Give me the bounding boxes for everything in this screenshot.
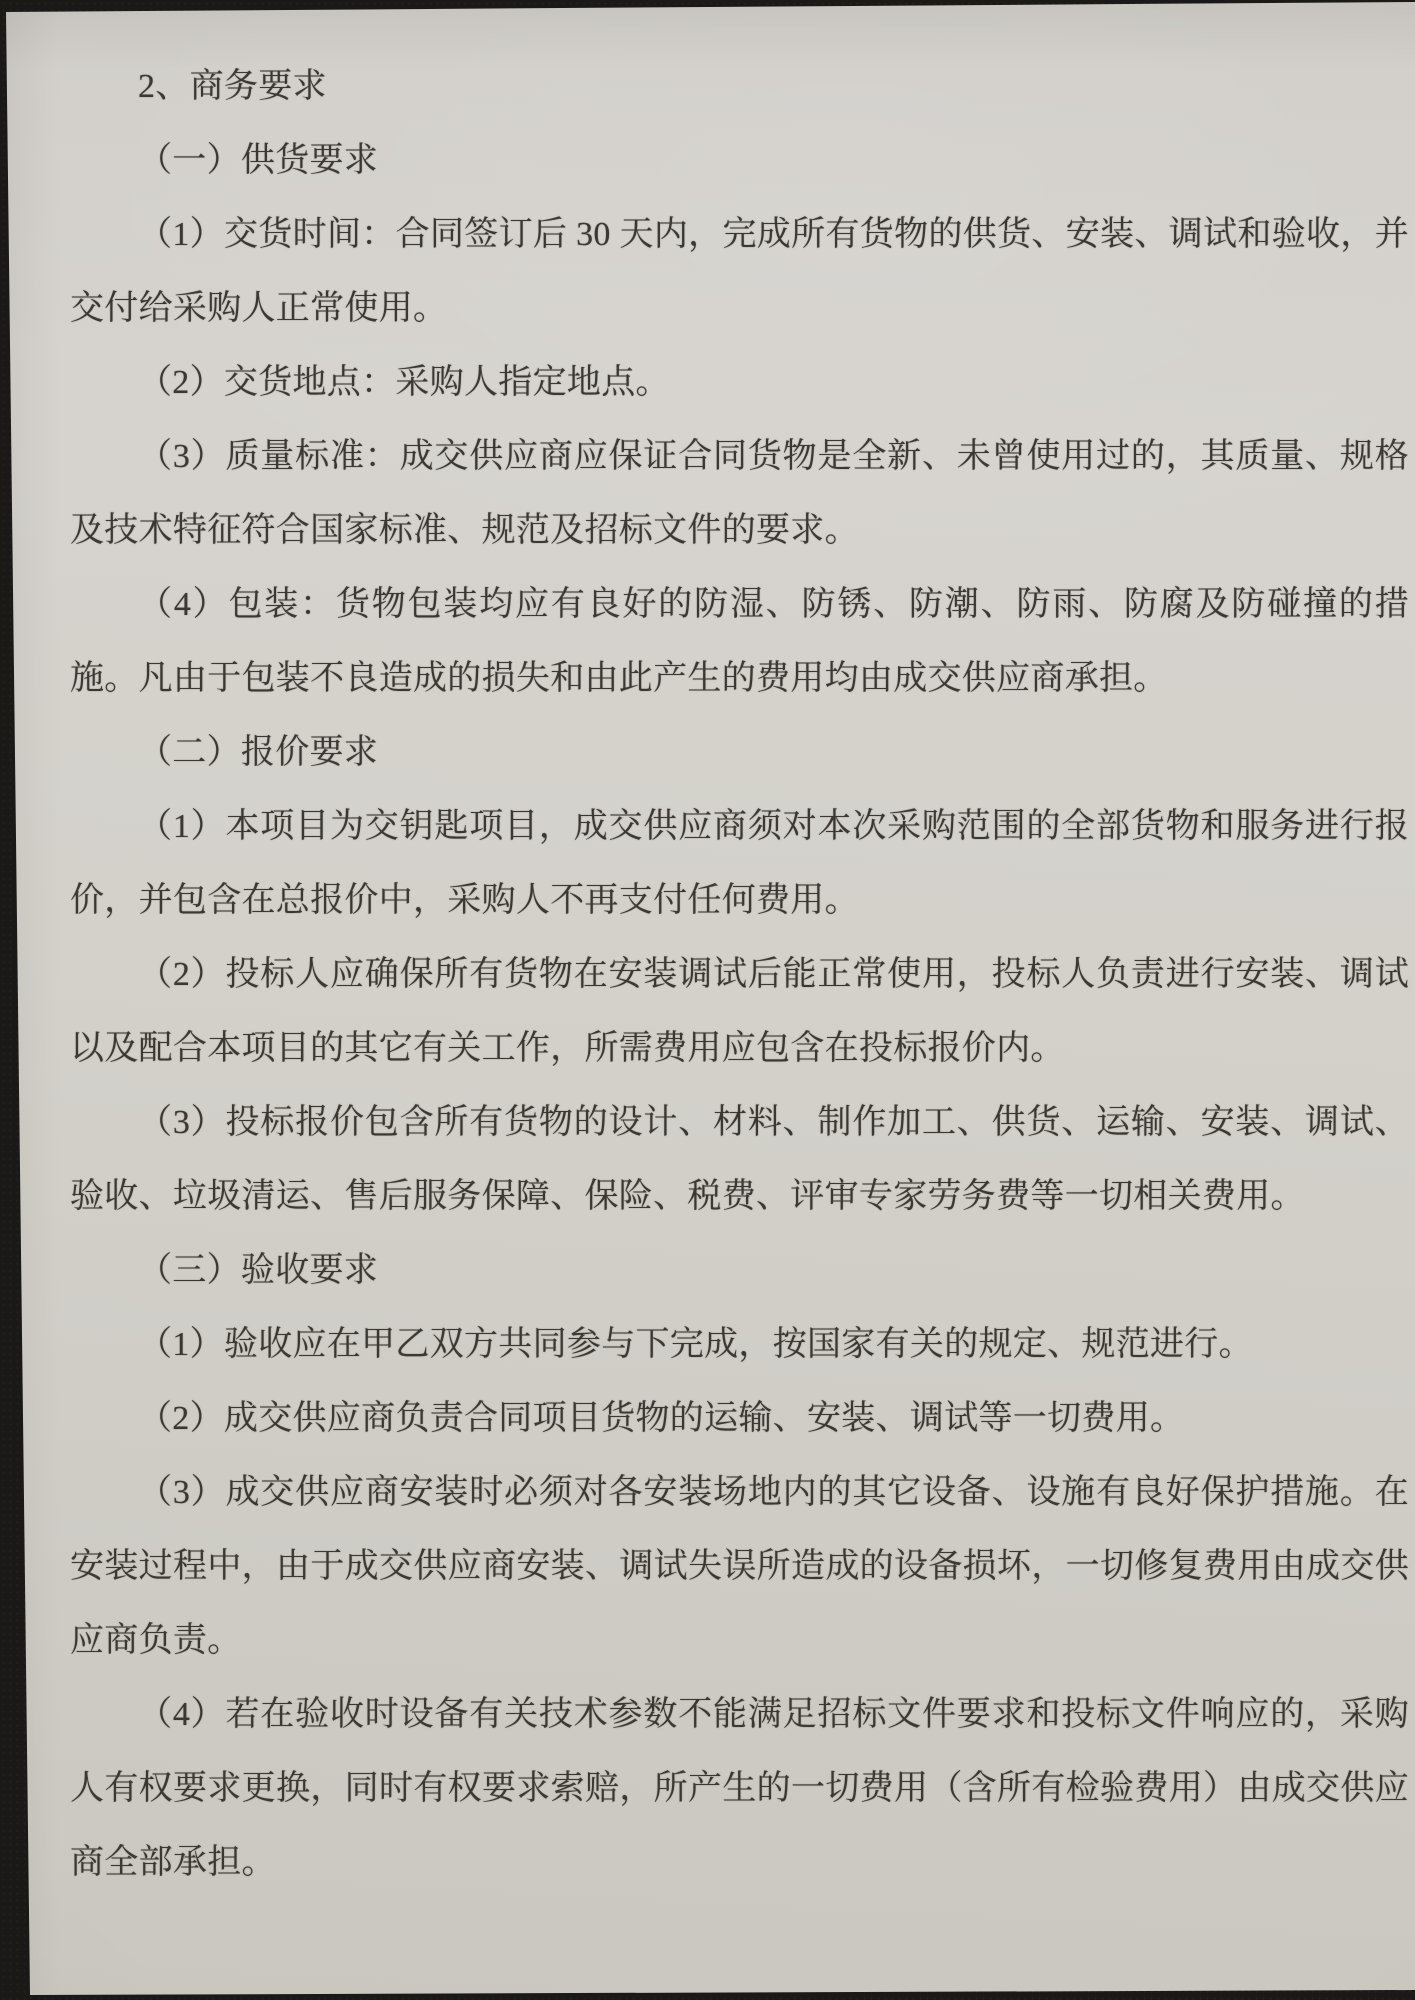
section-quotation-heading: （二）报价要求 bbox=[70, 716, 1409, 790]
section-supply-heading: （一）供货要求 bbox=[70, 124, 1409, 198]
supply-item-delivery-time: （1）交货时间：合同签订后 30 天内，完成所有货物的供货、安装、调试和验收，并… bbox=[70, 198, 1409, 346]
section-acceptance-heading: （三）验收要求 bbox=[70, 1234, 1409, 1308]
quotation-item-turnkey: （1）本项目为交钥匙项目，成交供应商须对本次采购范围的全部货物和服务进行报价，并… bbox=[70, 790, 1409, 938]
supply-item-packaging: （4）包装：货物包装均应有良好的防湿、防锈、防潮、防雨、防腐及防碰撞的措施。凡由… bbox=[70, 568, 1409, 716]
acceptance-item-joint-check: （1）验收应在甲乙双方共同参与下完成，按国家有关的规定、规范进行。 bbox=[70, 1308, 1409, 1382]
page-title: 2、商务要求 bbox=[70, 50, 1409, 124]
document-page: 2、商务要求 （一）供货要求 （1）交货时间：合同签订后 30 天内，完成所有货… bbox=[0, 0, 1415, 2000]
quotation-item-price-scope: （3）投标报价包含所有货物的设计、材料、制作加工、供货、运输、安装、调试、验收、… bbox=[70, 1086, 1409, 1234]
photo-background: 2、商务要求 （一）供货要求 （1）交货时间：合同签订后 30 天内，完成所有货… bbox=[0, 0, 1415, 2000]
supply-item-quality-standard: （3）质量标准：成交供应商应保证合同货物是全新、未曾使用过的，其质量、规格及技术… bbox=[70, 420, 1409, 568]
supply-item-delivery-place: （2）交货地点：采购人指定地点。 bbox=[70, 346, 1409, 420]
quotation-item-installation: （2）投标人应确保所有货物在安装调试后能正常使用，投标人负责进行安装、调试以及配… bbox=[70, 938, 1409, 1086]
document-content: 2、商务要求 （一）供货要求 （1）交货时间：合同签订后 30 天内，完成所有货… bbox=[70, 50, 1409, 1900]
acceptance-item-replacement-claim: （4）若在验收时设备有关技术参数不能满足招标文件要求和投标文件响应的，采购人有权… bbox=[70, 1678, 1409, 1900]
acceptance-item-costs: （2）成交供应商负责合同项目货物的运输、安装、调试等一切费用。 bbox=[70, 1382, 1409, 1456]
acceptance-item-site-protection: （3）成交供应商安装时必须对各安装场地内的其它设备、设施有良好保护措施。在安装过… bbox=[70, 1456, 1409, 1678]
